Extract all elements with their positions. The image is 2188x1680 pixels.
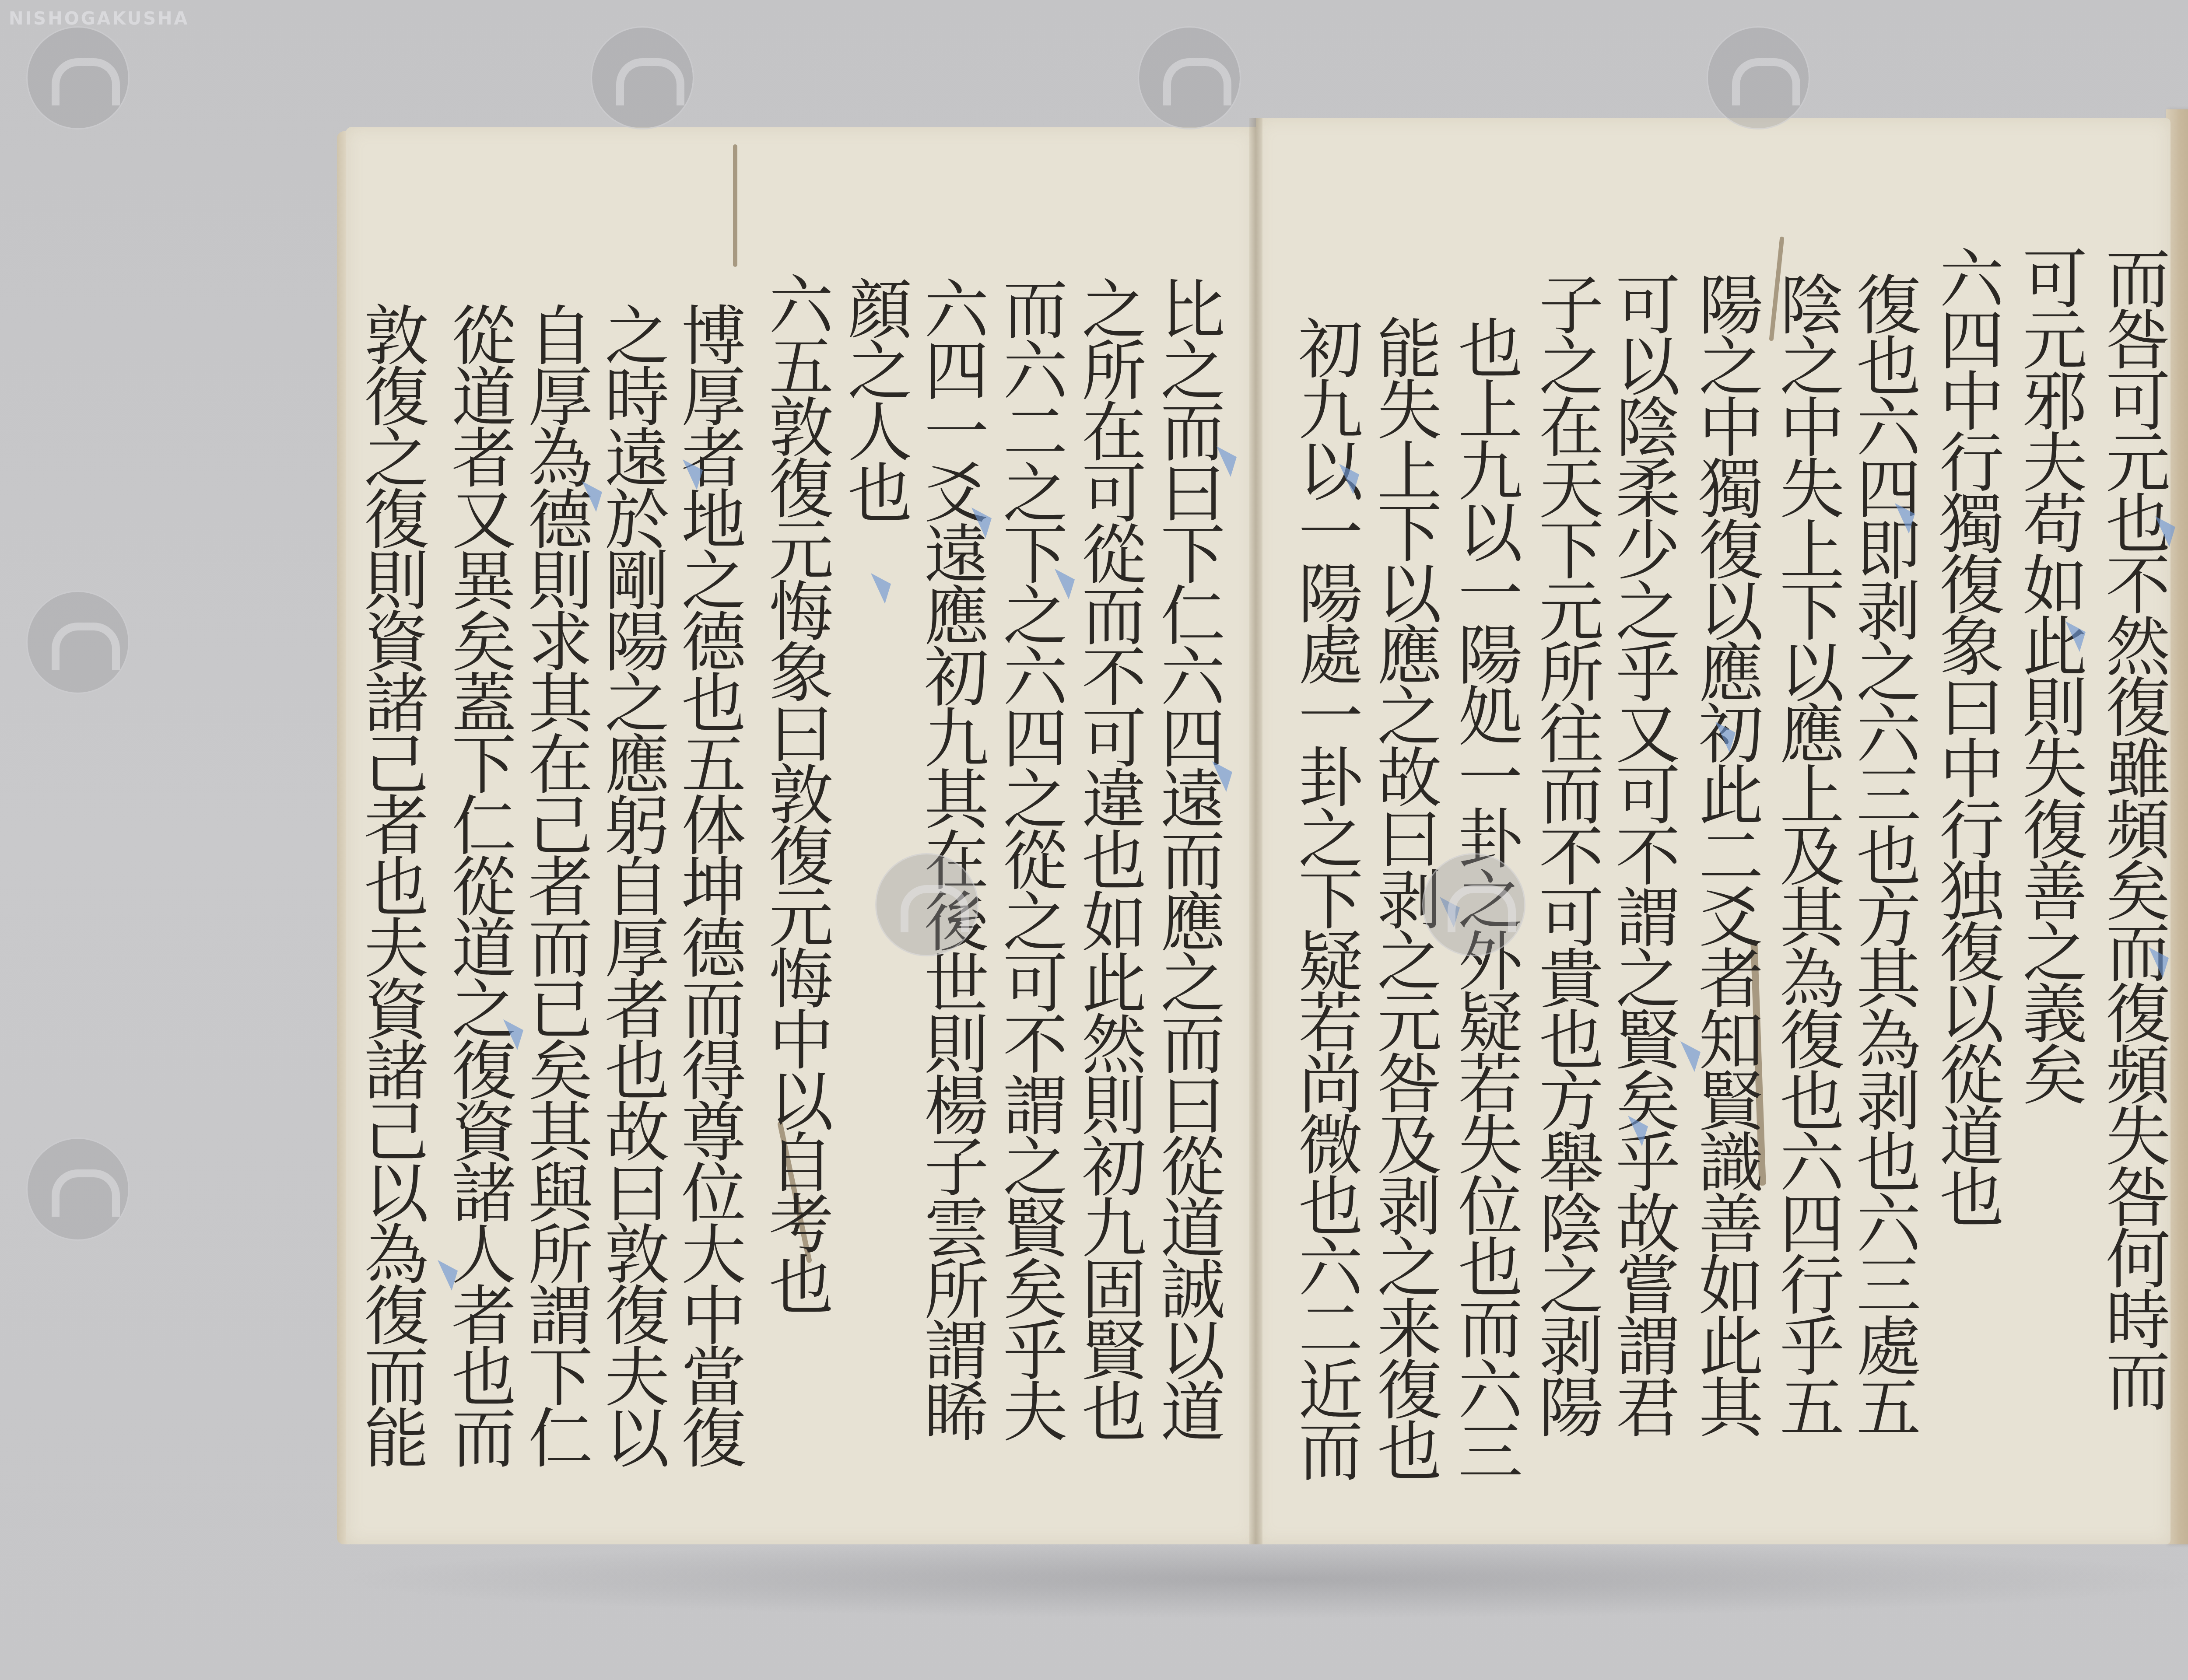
book-shadow [333,1540,2188,1619]
watermark-logo-icon [1422,853,1525,956]
text-column: 六四中行獨復象曰中行独復以從道也 [1934,245,1999,1225]
text-column: 可以陰柔少之乎又可不謂之賢矣乎故嘗謂君 [1610,271,1675,1435]
text-column: 比之而曰下仁六四遠而應之而曰從道誠以道 [1155,276,1220,1439]
text-column: 從道者又異矣蓋下仁從道之復資諸人者也而 [446,302,511,1466]
text-column: 之所在可從而不可違也如此然則初九固賢也 [1076,276,1141,1439]
text-column: 可元邪夫苟如此則失復善之義矣 [2017,245,2082,1102]
watermark-logo-icon [875,853,978,956]
watermark-text: NISHOGAKUSHA [9,9,189,29]
text-column: 而六二之下之六四之從之可不謂之賢矣乎夫 [998,276,1062,1439]
text-column: 六五敦復元悔象曰敦復元悔中以自考也 [764,271,828,1312]
watermark-logo-icon [26,1137,130,1241]
text-column: 初九以一陽處一卦之下疑若尚微也六二近而 [1293,315,1358,1479]
text-column: 而咎可元也不然復雖頻矣而復頻失咎何時而 [2100,245,2165,1409]
watermark-logo-icon [591,26,694,129]
text-column: 子之在天下元所往而不可貴也方舉陰之剥陽 [1534,271,1599,1435]
text-column: 陽之中獨復以應初此二爻者知賢識善如此其 [1694,271,1758,1435]
text-column: 敦復之復則資諸己者也夫資諸己以為復而能 [359,302,424,1466]
watermark-logo-icon [1138,26,1241,129]
text-column: 博厚者地之德也五体坤德而得尊位大中當復 [676,302,741,1466]
watermark-logo-icon [1707,26,1810,129]
wormhole-damage [733,144,737,267]
text-column: 復也六四即剥之六三也方其為剥也六三處五 [1851,271,1916,1435]
text-column: 顔之人也 [842,276,907,521]
text-column: 之時遠於剛陽之應躬自厚者也故曰敦復夫以 [600,302,664,1466]
watermark-logo-icon [26,26,130,129]
book-gutter [1249,118,1262,1544]
text-column: 陰之中失上下以應上及其為復也六四行乎五 [1774,271,1839,1435]
watermark-logo-icon [26,591,130,694]
text-column: 自厚為德則求其在己者而已矣其與所謂下仁 [523,302,588,1466]
